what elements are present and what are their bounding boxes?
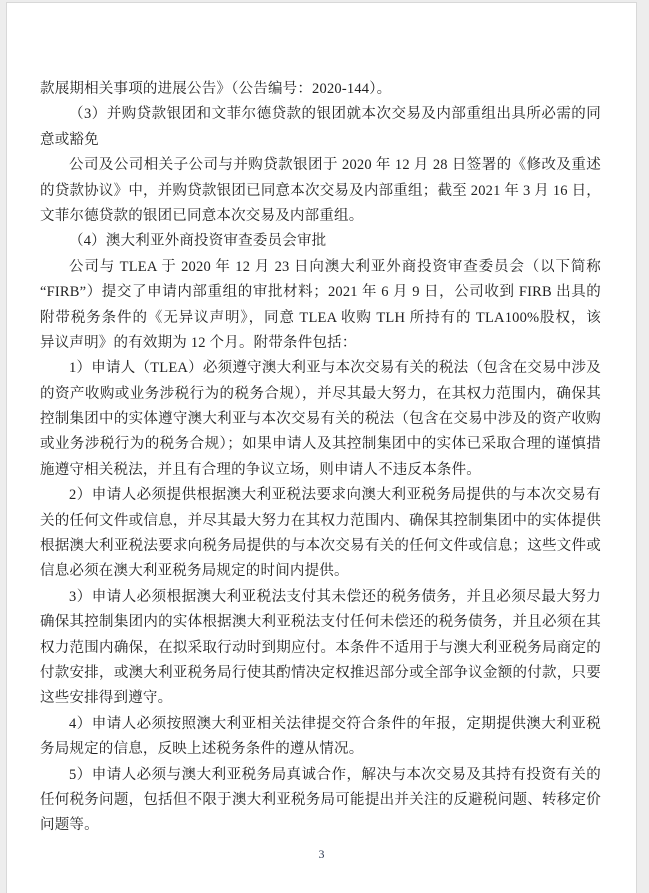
text-line: 文菲尔德贷款的银团已同意本次交易及内部重组。 bbox=[40, 204, 601, 229]
document-viewer: 款展期相关事项的进展公告》（公告编号：2020-144）。 （3）并购贷款银团和… bbox=[0, 0, 649, 893]
text-line: 问题等。 bbox=[40, 813, 601, 838]
text-line: 异议声明》的有效期为 12 个月。附带条件包括： bbox=[40, 331, 601, 356]
text-line: （4）澳大利亚外商投资审查委员会审批 bbox=[40, 229, 601, 254]
text-line: 4）申请人必须按照澳大利亚相关法律提交符合条件的年报，定期提供澳大利亚税 bbox=[40, 712, 601, 737]
page-number: 3 bbox=[7, 846, 636, 862]
text-line: 控制集团中的实体遵守澳大利亚与本次交易有关的税法（包含在交易中涉及的资产收购 bbox=[40, 407, 601, 432]
text-line: 施遵守相关税法，并且有合理的争议立场，则申请人不违反本条件。 bbox=[40, 458, 601, 483]
text-line: 附带税务条件的《无异议声明》，同意 TLEA 收购 TLH 所持有的 TLA10… bbox=[40, 306, 601, 331]
text-line: 5）申请人必须与澳大利亚税务局真诚合作，解决与本次交易及其持有投资有关的 bbox=[40, 763, 601, 788]
text-line: 关的任何文件或信息，并尽其最大努力在其权力范围内、确保其控制集团中的实体提供 bbox=[40, 509, 601, 534]
text-line: 2）申请人必须提供根据澳大利亚税法要求向澳大利亚税务局提供的与本次交易有 bbox=[40, 483, 601, 508]
text-line: 1）申请人（TLEA）必须遵守澳大利亚与本次交易有关的税法（包含在交易中涉及 bbox=[40, 356, 601, 381]
text-line: 意或豁免 bbox=[40, 128, 601, 153]
text-line: 权力范围内确保，在拟采取行动时到期应付。本条件不适用于与澳大利亚税务局商定的 bbox=[40, 636, 601, 661]
text-line: 任何税务问题，包括但不限于澳大利亚税务局可能提出并关注的反避税问题、转移定价 bbox=[40, 788, 601, 813]
text-line: 或业务涉税行为的税务合规）；如果申请人及其控制集团中的实体已采取合理的谨慎措 bbox=[40, 432, 601, 457]
text-line: 确保其控制集团内的实体根据澳大利亚税法支付任何未偿还的税务债务，并且必须在其 bbox=[40, 610, 601, 635]
text-line: 付款安排，或澳大利亚税务局行使其酌情决定权推迟部分或全部争议金额的付款，只要 bbox=[40, 661, 601, 686]
text-line: 3）申请人必须根据澳大利亚税法支付其未偿还的税务债务，并且必须尽最大努力 bbox=[40, 585, 601, 610]
text-line: 信息必须在澳大利亚税务局规定的时间内提供。 bbox=[40, 559, 601, 584]
text-line: 这些安排得到遵守。 bbox=[40, 686, 601, 711]
text-line: 务局规定的信息，反映上述税务条件的遵从情况。 bbox=[40, 737, 601, 762]
text-line: 的贷款协议》中，并购贷款银团已同意本次交易及内部重组；截至 2021 年 3 月… bbox=[40, 179, 601, 204]
text-line: 的资产收购或业务涉税行为的税务合规），并尽其最大努力，在其权力范围内，确保其 bbox=[40, 382, 601, 407]
text-line: 公司及公司相关子公司与并购贷款银团于 2020 年 12 月 28 日签署的《修… bbox=[40, 153, 601, 178]
text-line: 根据澳大利亚税法要求向税务局提供的与本次交易有关的任何文件或信息；这些文件或 bbox=[40, 534, 601, 559]
page-body-text: 款展期相关事项的进展公告》（公告编号：2020-144）。 （3）并购贷款银团和… bbox=[7, 3, 636, 839]
text-line: 款展期相关事项的进展公告》（公告编号：2020-144）。 bbox=[40, 77, 601, 102]
text-line: “FIRB”）提交了申请内部重组的审批材料；2021 年 6 月 9 日，公司收… bbox=[40, 280, 601, 305]
text-line: （3）并购贷款银团和文菲尔德贷款的银团就本次交易及内部重组出具所必需的同 bbox=[40, 102, 601, 127]
text-line: 公司与 TLEA 于 2020 年 12 月 23 日向澳大利亚外商投资审查委员… bbox=[40, 255, 601, 280]
document-page: 款展期相关事项的进展公告》（公告编号：2020-144）。 （3）并购贷款银团和… bbox=[6, 2, 637, 893]
